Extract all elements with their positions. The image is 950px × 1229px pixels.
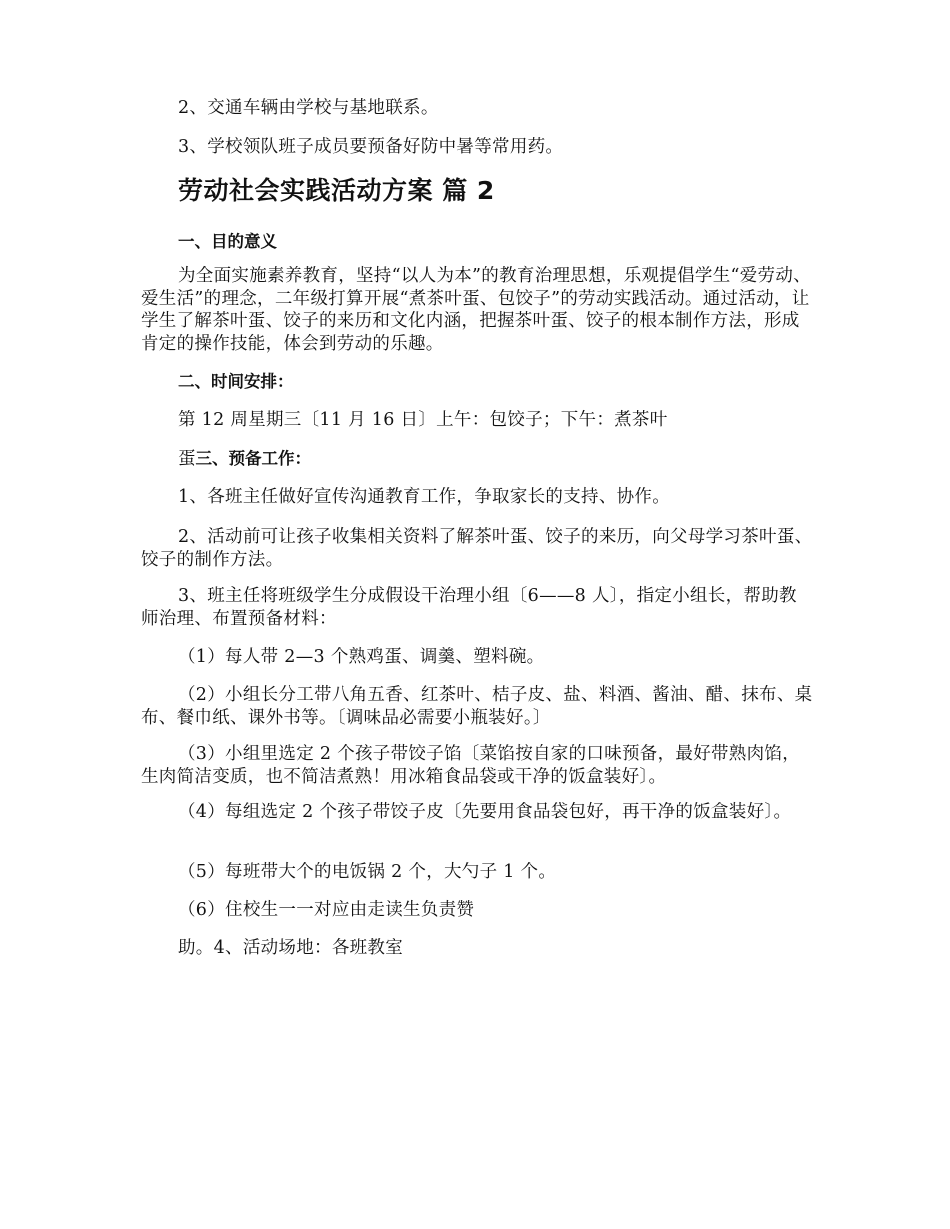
section-heading-purpose: 一、目的意义 [178, 231, 277, 253]
list-item-transport: 2、交通车辆由学校与基地联系。 [178, 97, 850, 120]
list-item-medicine: 3、学校领队班子成员要预备好防中暑等常用药。 [178, 136, 850, 159]
page-title: 劳动社会实践活动方案 篇 2 [178, 176, 495, 206]
prep-item-3: 3、班主任将班级学生分成假设干治理小组〔6——8 人〕，指定小组长，帮助教师治理… [141, 585, 813, 630]
heading-prefix: 蛋 [178, 449, 196, 469]
sub-item-3: （3）小组里选定 2 个孩子带饺子馅〔菜馅按自家的口味预备，最好带熟肉馅，生肉简… [141, 743, 813, 788]
sub-item-4: （4）每组选定 2 个孩子带饺子皮〔先要用食品袋包好，再干净的饭盒装好〕。 [141, 801, 813, 824]
paragraph-purpose: 为全面实施素养教育，坚持“以人为本”的教育治理思想，乐观提倡学生“爱劳动、爱生活… [141, 265, 813, 355]
section-heading-preparation: 蛋三、预备工作： [178, 448, 311, 470]
prep-item-2: 2、活动前可让孩子收集相关资料了解茶叶蛋、饺子的来历，向父母学习茶叶蛋、饺子的制… [141, 526, 813, 571]
sub-item-6: （6）住校生一一对应由走读生负责赞 [141, 899, 813, 922]
sub-item-2: （2）小组长分工带八角五香、红茶叶、桔子皮、盐、料酒、酱油、醋、抹布、桌布、餐巾… [141, 684, 813, 729]
section-heading-schedule: 二、时间安排： [178, 371, 294, 393]
document-page: 2、交通车辆由学校与基地联系。 3、学校领队班子成员要预备好防中暑等常用药。 劳… [0, 0, 950, 1229]
prep-item-1: 1、各班主任做好宣传沟通教育工作，争取家长的支持、协作。 [141, 486, 813, 509]
venue-line: 助。4、活动场地：各班教室 [178, 937, 850, 960]
schedule-text: 第 12 周星期三〔11 月 16 日〕上午：包饺子；下午：煮茶叶 [178, 409, 850, 432]
sub-item-1: （1）每人带 2—3 个熟鸡蛋、调羹、塑料碗。 [141, 646, 813, 669]
sub-item-5: （5）每班带大个的电饭锅 2 个，大勺子 1 个。 [141, 861, 813, 884]
heading-text: 三、预备工作： [196, 449, 312, 468]
